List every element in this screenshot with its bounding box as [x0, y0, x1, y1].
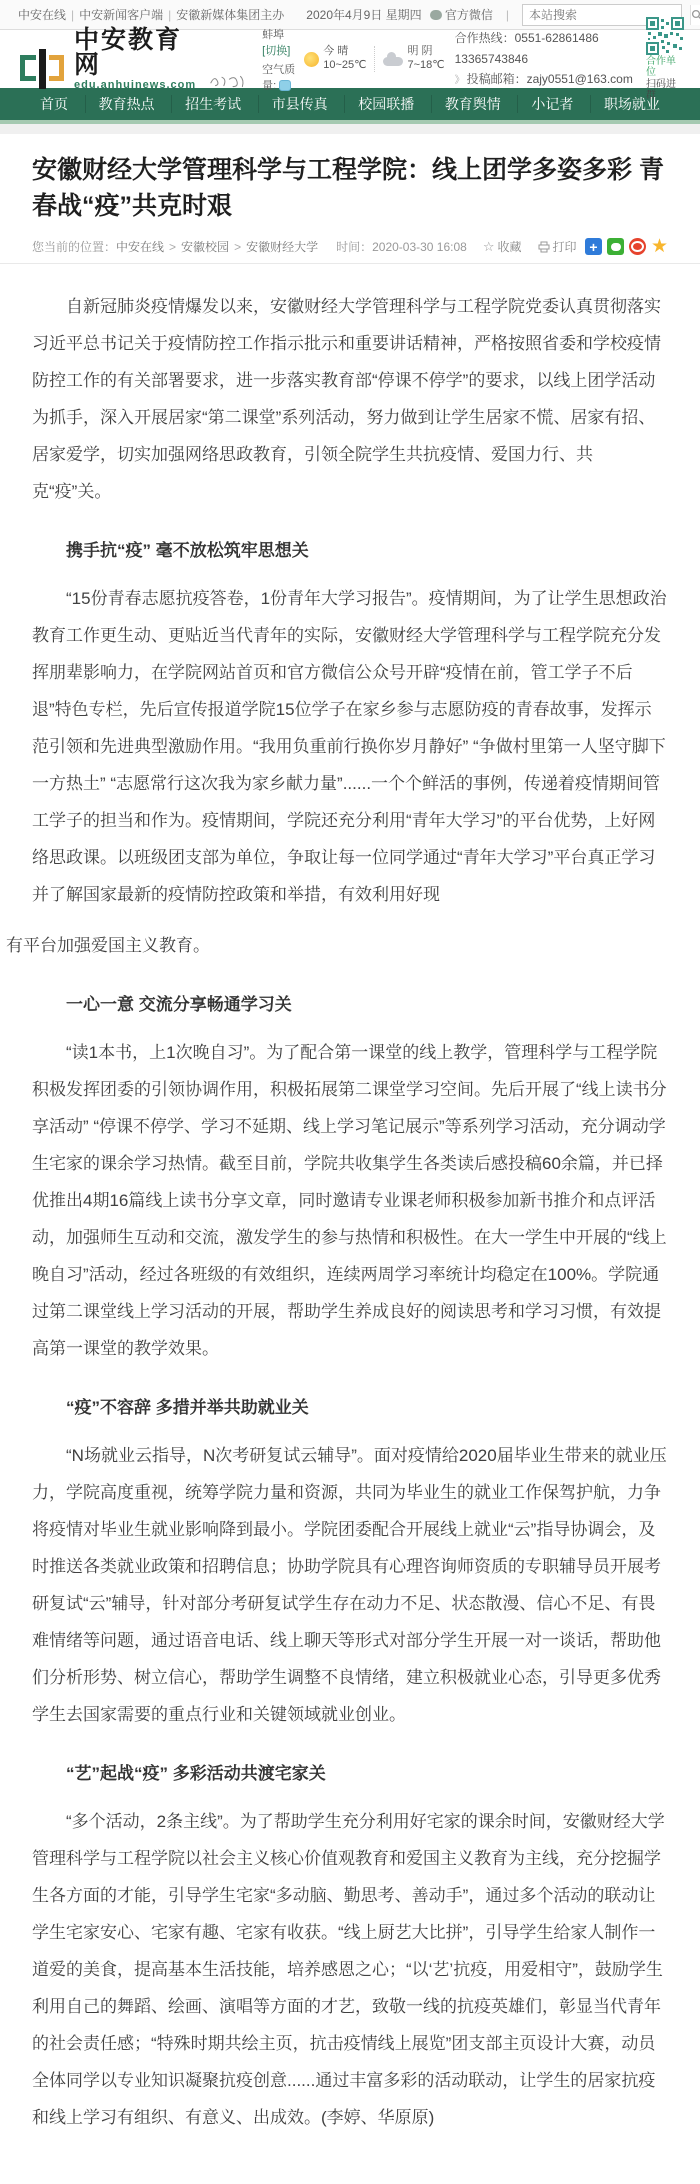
article-meta-row: 您当前的位置： 中安在线>安徽校园>安徽财经大学 时间：2020-03-30 1…: [0, 224, 700, 264]
weather-switch-link[interactable]: [切换]: [262, 45, 290, 57]
article-body: 自新冠肺炎疫情爆发以来，安徽财经大学管理科学与工程学院党委认真贯彻落实习近平总书…: [0, 264, 700, 2136]
weather-today: 今 晴: [323, 45, 366, 59]
weather-widget: 蚌埠 [切换] 空气质量: 今 晴 10~25℃ 明 阴 7~18℃: [262, 26, 444, 93]
topbar-link[interactable]: 中安在线: [18, 8, 66, 22]
site-header: 中安教育网 edu.anhuinews.com 蚌埠 [切换] 空气质量: 今 …: [0, 30, 700, 88]
printer-icon: [538, 241, 550, 253]
site-name: 中安教育网: [74, 27, 199, 77]
current-date: 2020年4月9日 星期四: [306, 6, 421, 23]
logo-brackets-icon: [20, 49, 66, 91]
divider: |: [506, 8, 509, 22]
article-paragraph: 自新冠肺炎疫情爆发以来，安徽财经大学管理科学与工程学院党委认真贯彻落实习近平总书…: [32, 288, 668, 510]
print-label: 打印: [553, 238, 577, 255]
article-paragraph: “N场就业云指导，N次考研复试云辅导”。面对疫情给2020届毕业生带来的就业压力…: [32, 1437, 668, 1733]
article-title: 安徽财经大学管理科学与工程学院：线上团学多姿多彩 青春战“疫”共克时艰: [0, 148, 700, 224]
star-outline-icon: ☆: [483, 239, 495, 255]
section-heading: 一心一意 交流分享畅通学习关: [32, 990, 668, 1020]
breadcrumb-label: 您当前的位置：: [32, 238, 116, 255]
divider: [374, 46, 375, 72]
breadcrumb-item[interactable]: 安徽财经大学: [246, 240, 318, 254]
share-weibo-icon[interactable]: [629, 238, 646, 255]
divider: |: [168, 8, 171, 22]
breadcrumb-item[interactable]: 安徽校园: [181, 240, 229, 254]
contact-info: 合作热线：0551-62861486 13365743846 》投稿邮箱：zaj…: [455, 28, 646, 89]
publish-time: 时间：2020-03-30 16:08: [336, 238, 467, 255]
article-paragraph: “读1本书，上1次晚自习”。为了配合第一课堂的线上教学，管理科学与工程学院积极发…: [32, 1034, 668, 1367]
main-navigation: 首页教育热点招生考试市县传真校园联播教育舆情小记者职场就业: [0, 88, 700, 120]
submit-email: 投稿邮箱：zajy0551@163.com: [467, 72, 633, 86]
nav-item-6[interactable]: 教育舆情: [431, 88, 515, 120]
section-heading: “疫”不容辞 多措并举共助就业关: [32, 1393, 668, 1423]
section-heading: 携手抗“疫” 毫不放松筑牢思想关: [32, 536, 668, 566]
collect-label: 收藏: [498, 238, 522, 255]
hotline: 合作热线：0551-62861486 13365743846: [455, 28, 646, 69]
topbar-link[interactable]: 中安新闻客户端: [79, 8, 163, 22]
cloud-icon: [383, 57, 403, 66]
article-paragraph: “多个活动，2条主线”。为了帮助学生充分利用好宅家的课余时间，安徽财经大学管理科…: [32, 1803, 668, 2136]
share-wechat-icon[interactable]: [607, 238, 624, 255]
section-heading: “艺”起战“疫” 多彩活动共渡宅家关: [32, 1759, 668, 1789]
share-more-icon[interactable]: +: [585, 238, 602, 255]
chevron-icon: 》: [455, 75, 465, 86]
nav-item-7[interactable]: 小记者: [517, 88, 587, 120]
calligraphy-signature: [209, 73, 248, 89]
wechat-bubble-icon: [430, 10, 442, 20]
weather-tomorrow: 明 阴: [407, 45, 444, 59]
official-wechat-link[interactable]: 官方微信: [430, 6, 493, 23]
print-button[interactable]: 打印: [538, 238, 577, 255]
share-buttons: + ★: [585, 238, 668, 255]
nav-item-8[interactable]: 职场就业: [590, 88, 674, 120]
nav-item-5[interactable]: 校园联播: [344, 88, 428, 120]
nav-item-4[interactable]: 市县传真: [258, 88, 342, 120]
nav-item-3[interactable]: 招生考试: [171, 88, 255, 120]
topbar-link[interactable]: 安徽新媒体集团主办: [176, 8, 284, 22]
weather-tomorrow-temp: 7~18℃: [407, 59, 444, 73]
spacer: [0, 124, 700, 134]
site-logo[interactable]: 中安教育网 edu.anhuinews.com: [20, 27, 248, 91]
official-wechat-label: 官方微信: [445, 6, 493, 23]
search-button[interactable]: [690, 5, 700, 25]
breadcrumb: 中安在线>安徽校园>安徽财经大学: [116, 238, 318, 255]
nav-item-1[interactable]: 首页: [26, 88, 82, 120]
favorite-star-icon[interactable]: ★: [651, 238, 668, 255]
article-card: 安徽财经大学管理科学与工程学院：线上团学多姿多彩 青春战“疫”共克时艰 您当前的…: [0, 134, 700, 2184]
topbar-links: 中安在线|中安新闻客户端|安徽新媒体集团主办: [18, 6, 284, 23]
weather-city: 蚌埠: [262, 29, 284, 41]
divider: |: [71, 8, 74, 22]
breadcrumb-item[interactable]: 中安在线: [116, 240, 164, 254]
article-paragraph: 有平台加强爱国主义教育。: [6, 927, 668, 964]
qr-caption-1: 合作单位: [646, 56, 684, 79]
sun-icon: [304, 52, 319, 67]
weather-today-temp: 10~25℃: [323, 59, 366, 73]
collect-button[interactable]: ☆ 收藏: [483, 238, 522, 255]
search-icon: [691, 9, 700, 21]
breadcrumb-separator: >: [234, 240, 241, 254]
nav-item-2[interactable]: 教育热点: [85, 88, 169, 120]
breadcrumb-separator: >: [169, 240, 176, 254]
article-paragraph: “15份青春志愿抗疫答卷，1份青年大学习报告”。疫情期间，为了让学生思想政治教育…: [32, 580, 668, 913]
qr-code-image: [646, 17, 684, 55]
